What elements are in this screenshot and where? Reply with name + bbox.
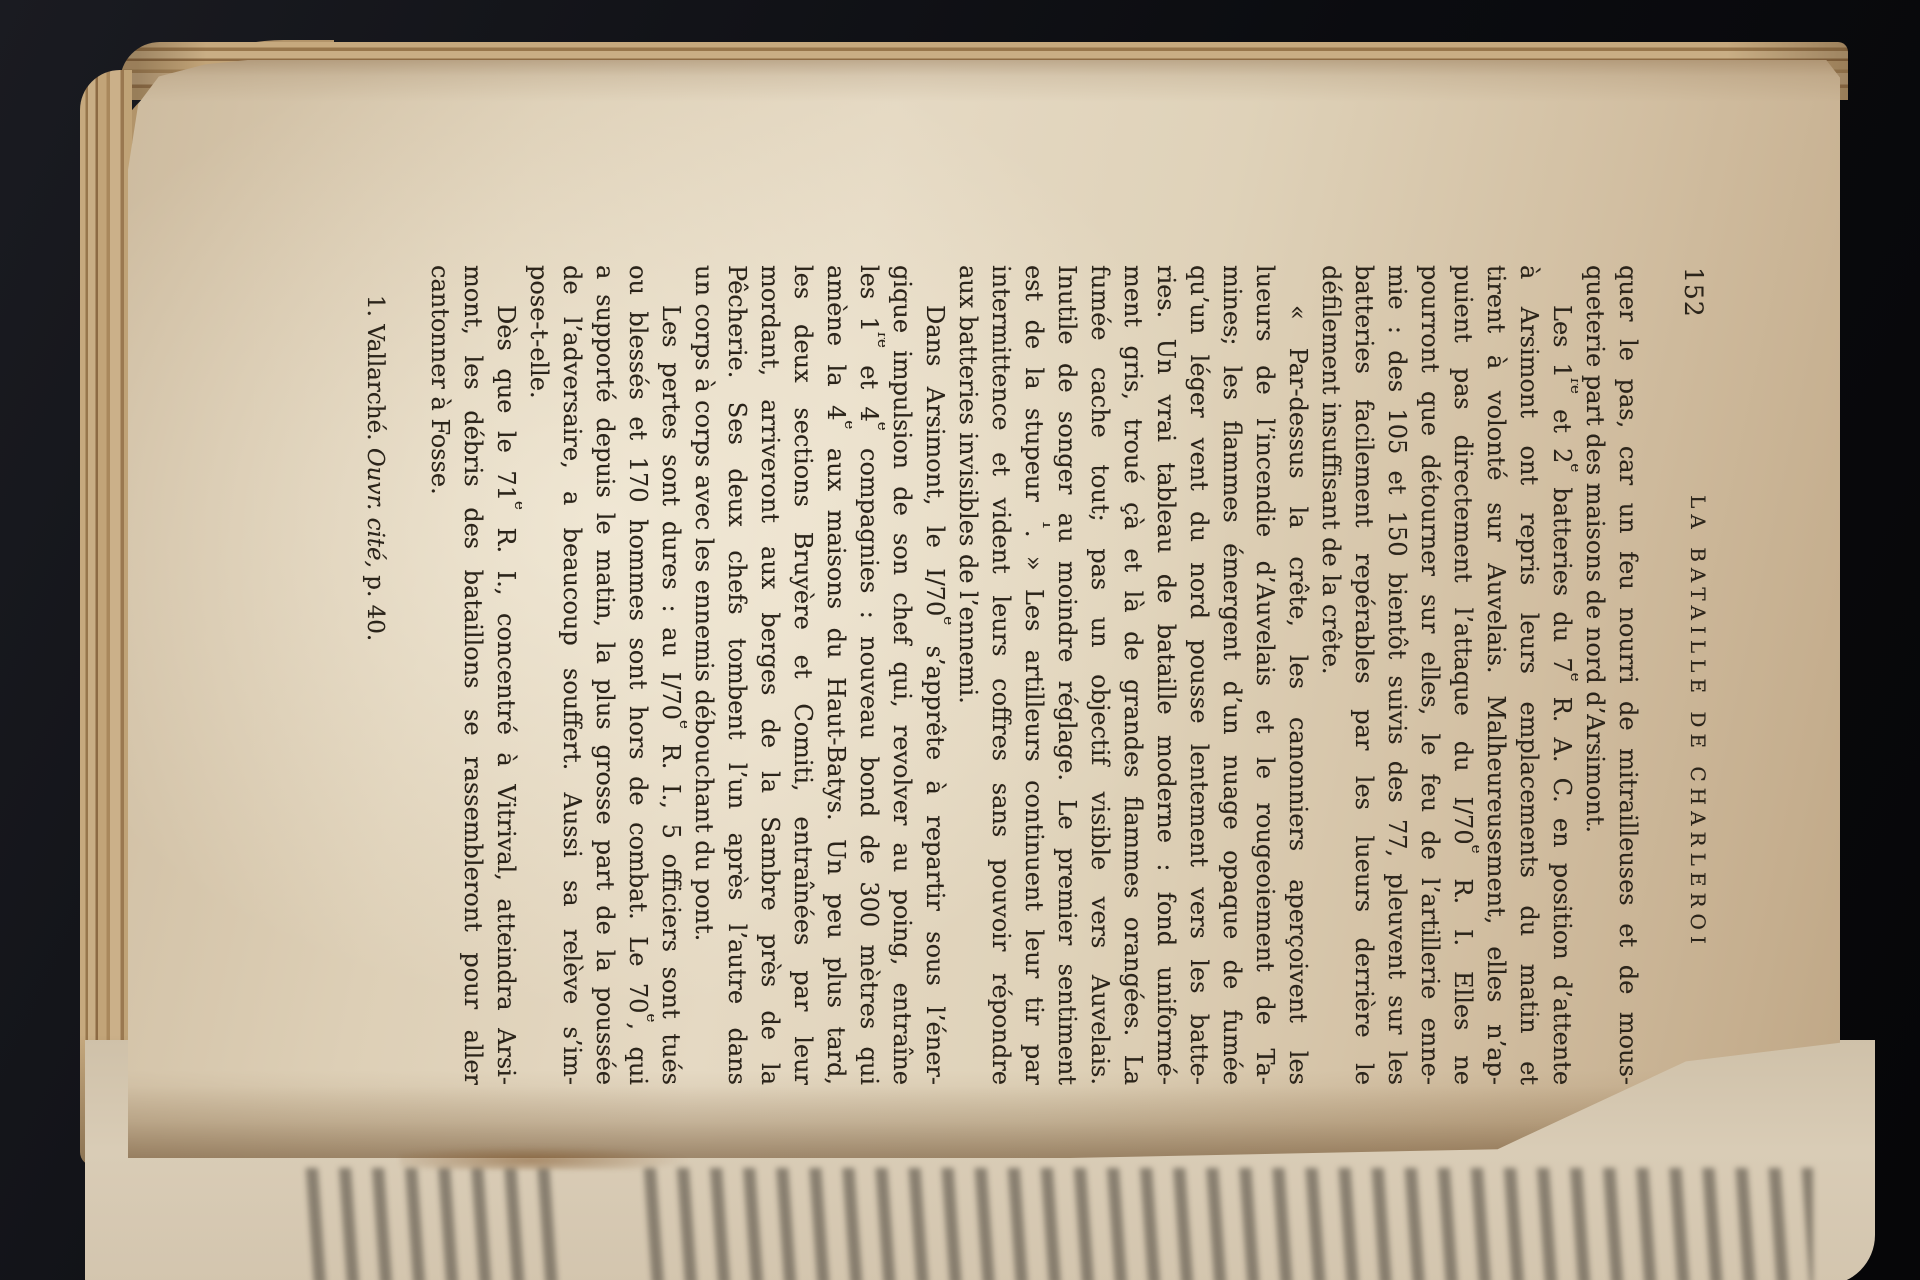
text-line: aux batteries invisibles de l’ennemi.	[951, 265, 984, 1085]
text-line: puient pas directement l’attaque du I/70…	[1446, 265, 1479, 1085]
text-line: quer le pas, car un feu nourri de mitrai…	[1611, 265, 1644, 1085]
italic-text: Ouvr. cité,	[362, 448, 388, 568]
superscript: re	[1567, 378, 1578, 394]
text-line: Les pertes sont dures : au I/70e R. I., …	[654, 265, 687, 1085]
text-line: pose-t-elle.	[522, 265, 555, 1085]
text-line: Inutile de songer au moindre réglage. Le…	[1050, 265, 1083, 1085]
superscript: e	[511, 501, 522, 510]
text-line: mines; les flammes émergent d’un nuage o…	[1215, 265, 1248, 1085]
text-line: gique impulsion de son chef qui, revolve…	[885, 265, 918, 1085]
text-line: à Arsimont ont repris leurs emplacements…	[1512, 265, 1545, 1085]
text-line: les 1re et 4e compagnies : nouveau bond …	[852, 265, 885, 1085]
superscript: e	[1567, 673, 1578, 682]
superscript: e	[643, 1013, 654, 1022]
text-line: défilement insuffisant de la crête.	[1314, 265, 1347, 1085]
text-line: qu’un léger vent du nord pousse lentemen…	[1182, 265, 1215, 1085]
page-stack-left-edges	[80, 70, 132, 1166]
superscript: e	[676, 720, 687, 729]
text-line: est de la stupeur 1. » Les artilleurs co…	[1017, 265, 1050, 1085]
text-line: un corps à corps avec les ennemis débouc…	[687, 265, 720, 1085]
text-line: « Par-dessus la crête, les canonniers ap…	[1281, 265, 1314, 1085]
superscript: 1	[1039, 520, 1050, 530]
text-line: tirent à volonté sur Auvelais. Malheureu…	[1479, 265, 1512, 1085]
text-line: ment gris, troué çà et là de grandes fla…	[1116, 265, 1149, 1085]
book-photo: 152 LA BATAILLE DE CHARLEROI quer le pas…	[0, 0, 1920, 1280]
text-line: batteries facilement repérables par les …	[1347, 265, 1380, 1085]
text-line: de l’adversaire, a beaucoup souffert. Au…	[555, 265, 588, 1085]
footnote: 1. Vallarché. Ouvr. cité, p. 40.	[362, 265, 388, 1085]
superscript: e	[1567, 463, 1578, 472]
superscript: e	[841, 420, 852, 429]
text-line: amène la 4e aux maisons du Haut-Batys. U…	[819, 265, 852, 1085]
text-line: ries. Un vrai tableau de bataille modern…	[1149, 265, 1182, 1085]
facing-page-blurred-text	[305, 1168, 567, 1280]
text-line: Pêcherie. Ses deux chefs tombent l’un ap…	[720, 265, 753, 1085]
page-content-rotated: 152 LA BATAILLE DE CHARLEROI quer le pas…	[128, 60, 1840, 1130]
text-line: pourront que détourner sur elles, le feu…	[1413, 265, 1446, 1085]
gutter-stain	[400, 1146, 690, 1170]
text-line: mont, les débris des bataillons se rasse…	[456, 265, 489, 1085]
text-line: ou blessés et 170 hommes sont hors de co…	[621, 265, 654, 1085]
superscript: e	[874, 422, 885, 431]
text-line: cantonner à Fosse.	[423, 265, 456, 1085]
page-header: 152 LA BATAILLE DE CHARLEROI	[1676, 265, 1710, 1085]
text-line: a supporté depuis le matin, la plus gros…	[588, 265, 621, 1085]
superscript: re	[874, 332, 885, 348]
text-line: Dans Arsimont, le I/70e s’apprête à repa…	[918, 265, 951, 1085]
text-line: mordant, arriveront aux berges de la Sam…	[753, 265, 786, 1085]
body-text: quer le pas, car un feu nourri de mitrai…	[423, 265, 1644, 1085]
text-line: intermittence et vident leurs coffres sa…	[984, 265, 1017, 1085]
superscript: e	[940, 616, 951, 625]
text-line: mie : des 105 et 150 bientôt suivis des …	[1380, 265, 1413, 1085]
book-page-152: 152 LA BATAILLE DE CHARLEROI quer le pas…	[128, 60, 1840, 1158]
text-line: queterie part des maisons de nord d’Arsi…	[1578, 265, 1611, 1085]
facing-page-blurred-text	[643, 1168, 1813, 1280]
text-line: Les 1re et 2e batteries du 7e R. A. C. e…	[1545, 265, 1578, 1085]
text-line: les deux sections Bruyère et Comiti, ent…	[786, 265, 819, 1085]
page-number: 152	[1679, 267, 1708, 318]
text-line: fumée cache tout; pas un objectif visibl…	[1083, 265, 1116, 1085]
text-line: Dès que le 71e R. I., concentré à Vitriv…	[489, 265, 522, 1085]
running-title: LA BATAILLE DE CHARLEROI	[1686, 265, 1710, 1085]
superscript: e	[1468, 845, 1479, 854]
text-line: lueurs de l’incendie d’Auvelais et le ro…	[1248, 265, 1281, 1085]
